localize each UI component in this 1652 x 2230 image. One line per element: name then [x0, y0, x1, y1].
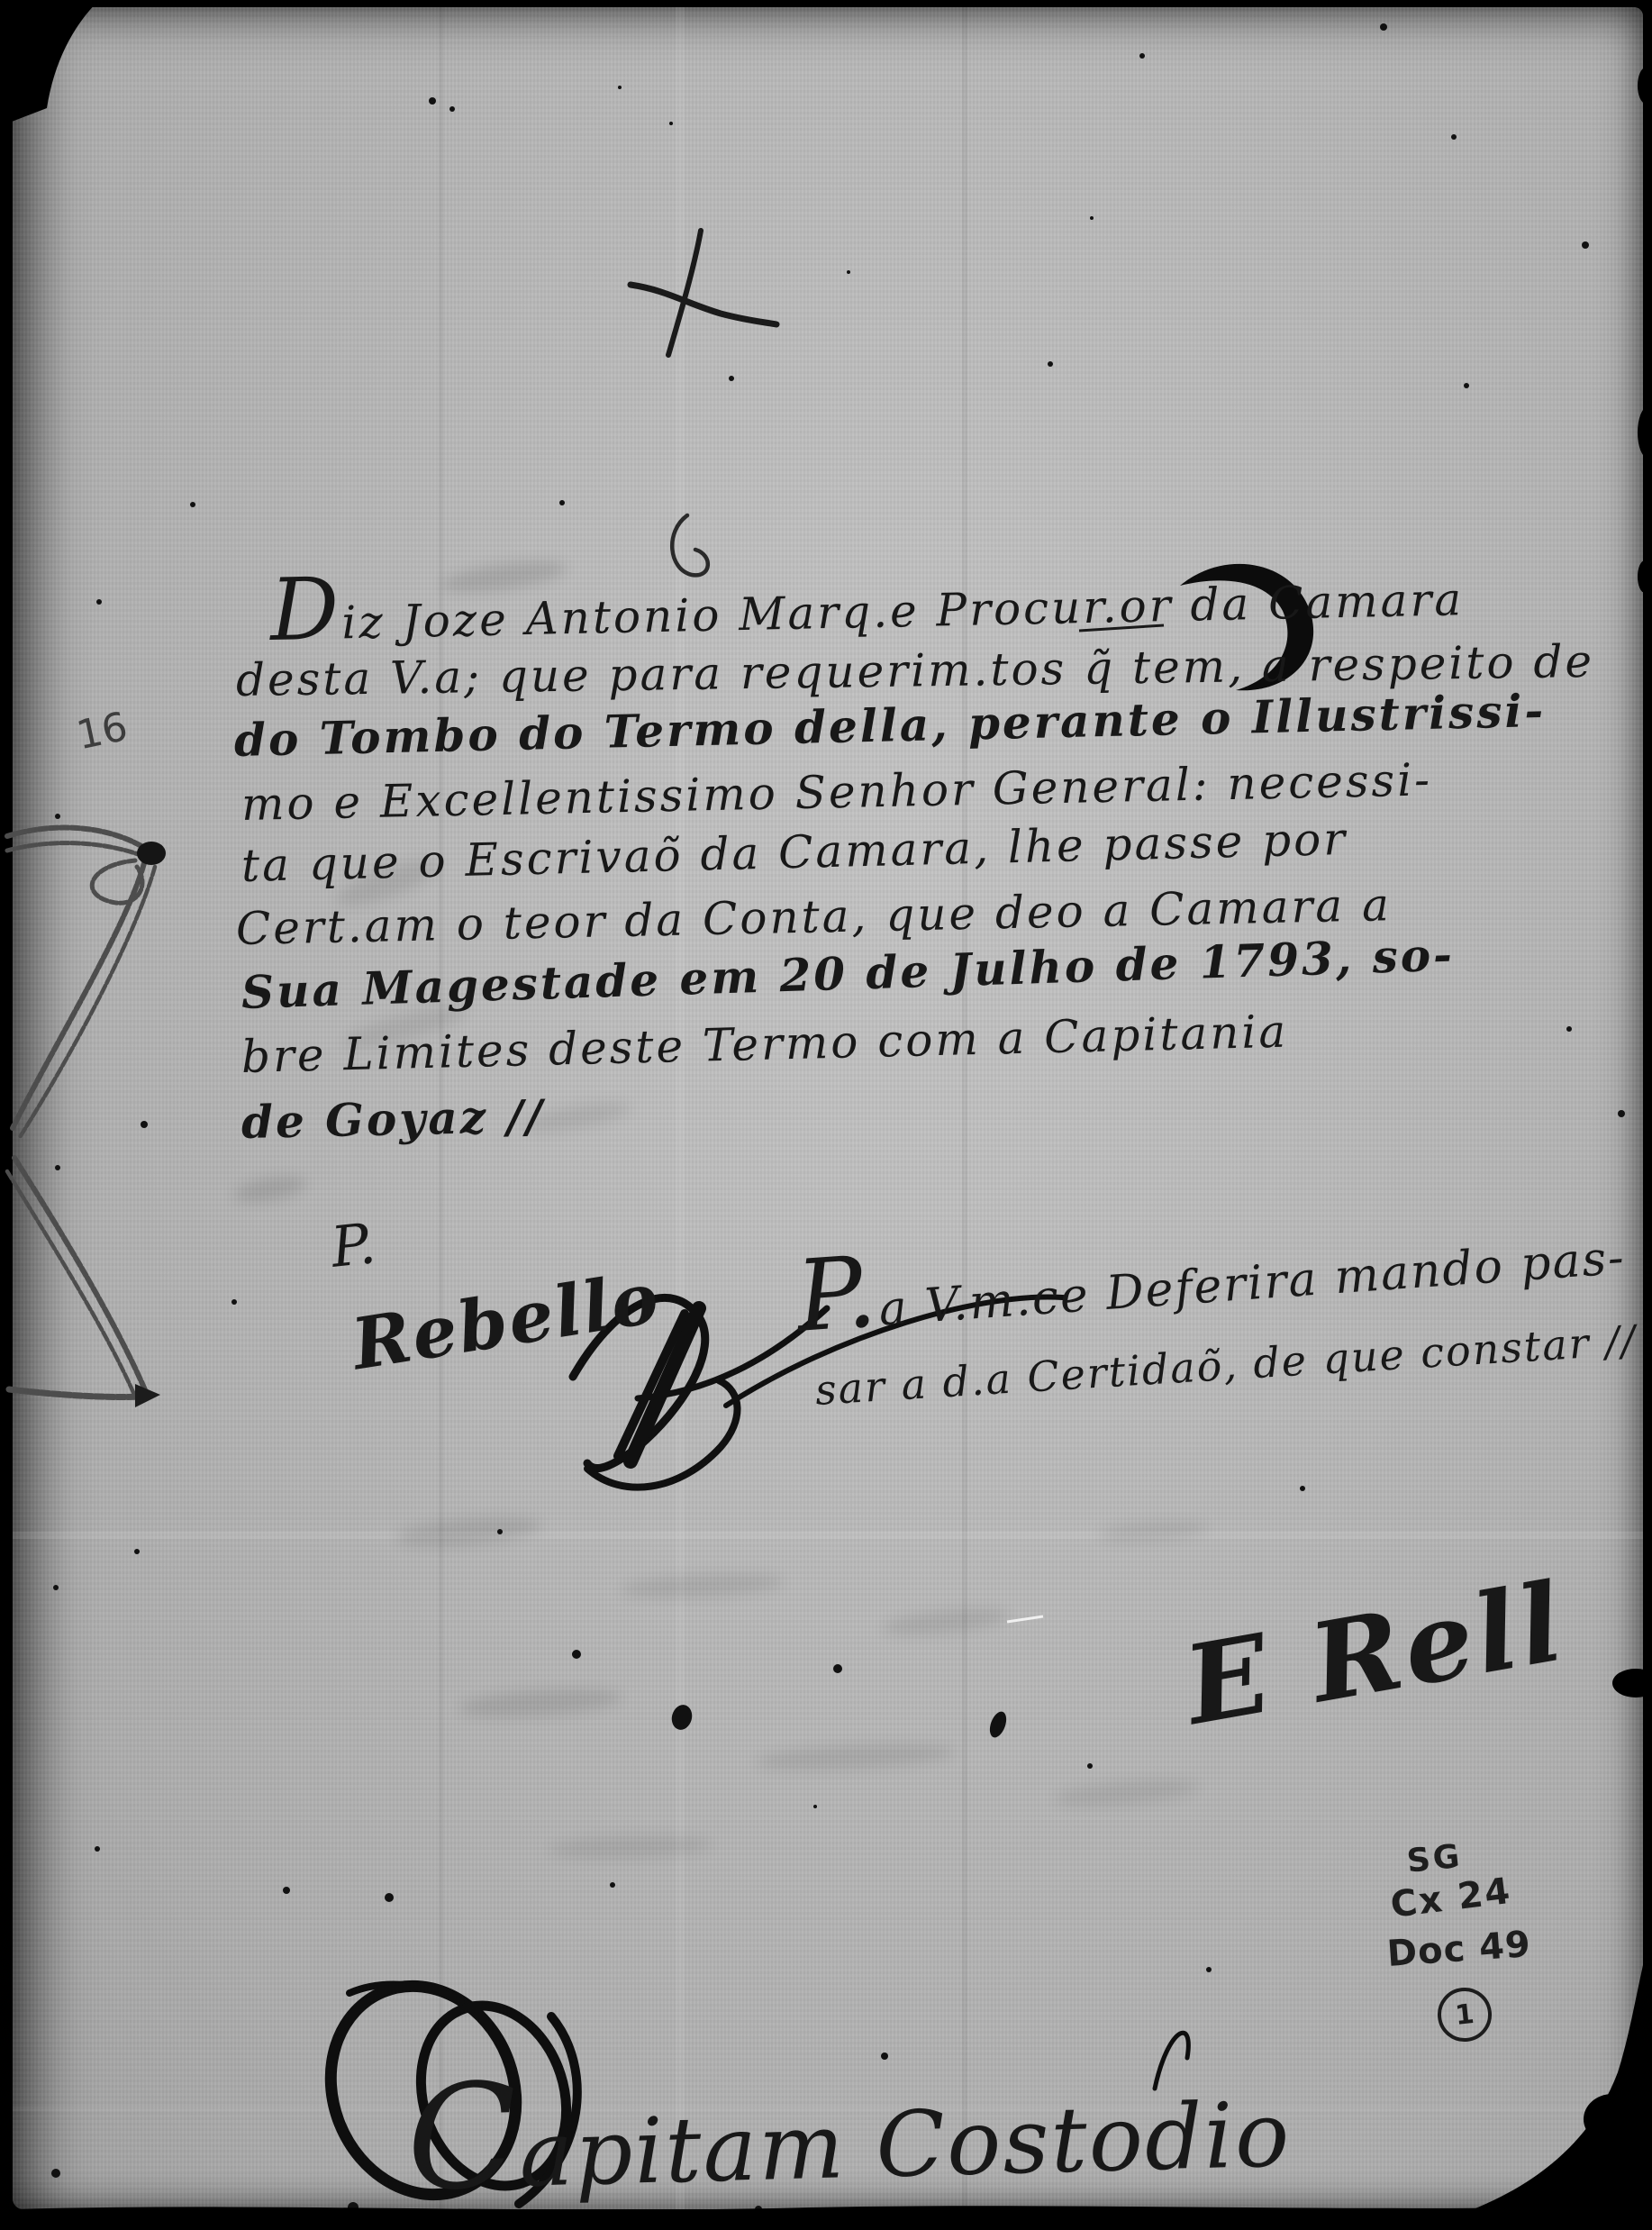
petition-p-mark: P.: [328, 1210, 378, 1280]
footer-title: Capitam Costodio: [405, 2065, 1292, 2210]
manuscript-photo: 16 Diz Joze Antonio Marq.e Procur.or da …: [0, 0, 1652, 2230]
archival-folio-number: 1: [1454, 1998, 1475, 2032]
archival-fund-code: SG: [1405, 1838, 1464, 1880]
petition-line: de Goyaz //: [241, 1089, 545, 1149]
